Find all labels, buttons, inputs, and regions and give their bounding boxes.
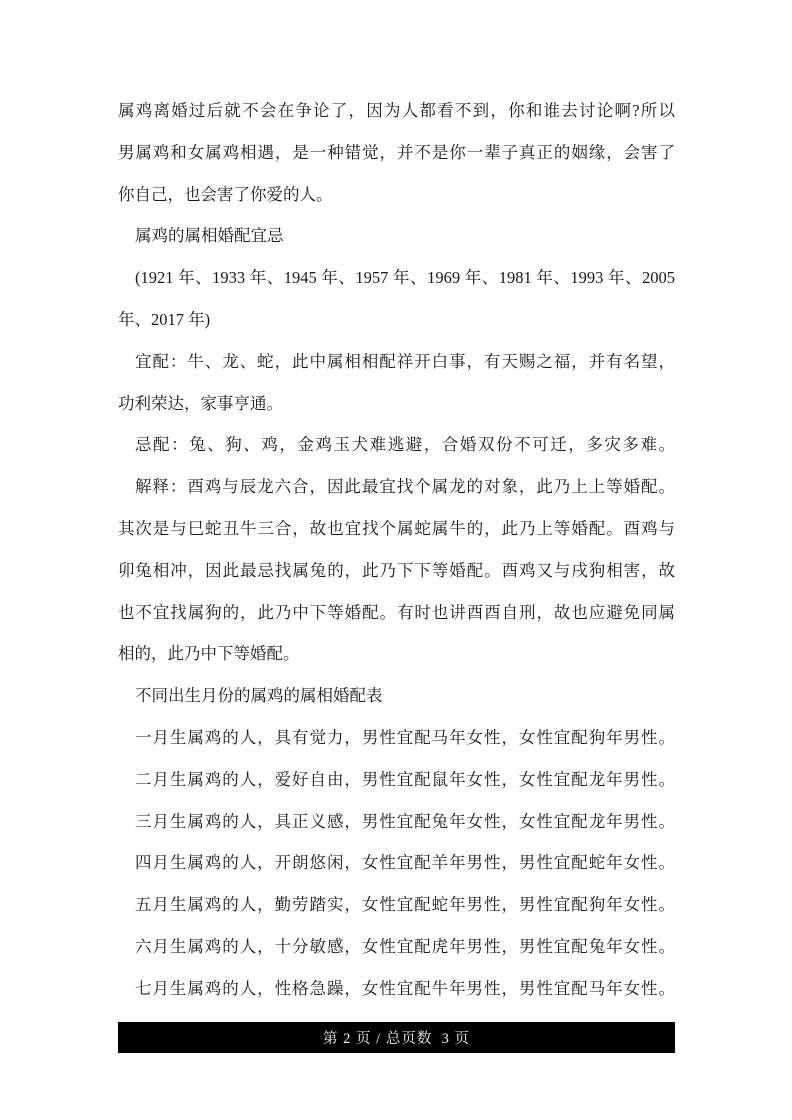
paragraph-line: 一月生属鸡的人，具有觉力，男性宜配马年女性，女性宜配狗年男性。: [118, 717, 675, 759]
paragraph-line: 宜配：牛、龙、蛇，此中属相相配祥开白事，有天赐之福，并有名望，: [118, 341, 675, 383]
paragraph-line: 相的，此乃中下等婚配。: [118, 633, 675, 675]
section-heading-line: 属鸡的属相婚配宜忌: [118, 215, 675, 257]
paragraph-line: 忌配：兔、狗、鸡，金鸡玉犬难逃避，合婚双份不可迁，多灾多难。: [118, 424, 675, 466]
document-page: 属鸡离婚过后就不会在争论了，因为人都看不到，你和谁去讨论啊?所以 男属鸡和女属鸡…: [0, 0, 792, 1120]
paragraph-line: 卯兔相冲，因此最忌找属兔的，此乃下下等婚配。酉鸡又与戌狗相害，故: [118, 550, 675, 592]
paragraph-line: 六月生属鸡的人，十分敏感，女性宜配虎年男性，男性宜配兔年女性。: [118, 926, 675, 968]
paragraph-line: (1921 年、1933 年、1945 年、1957 年、1969 年、1981…: [118, 257, 675, 299]
page-footer-bar: 第 2 页 / 总页数 3 页: [118, 1022, 675, 1053]
page-number-label: 第 2 页 / 总页数 3 页: [323, 1027, 470, 1048]
paragraph-line: 其次是与巳蛇丑牛三合，故也宜找个属蛇属牛的，此乃上等婚配。酉鸡与: [118, 508, 675, 550]
document-body: 属鸡离婚过后就不会在争论了，因为人都看不到，你和谁去讨论啊?所以 男属鸡和女属鸡…: [118, 90, 675, 1010]
paragraph-line: 二月生属鸡的人，爱好自由，男性宜配鼠年女性，女性宜配龙年男性。: [118, 759, 675, 801]
paragraph-line: 属鸡离婚过后就不会在争论了，因为人都看不到，你和谁去讨论啊?所以: [118, 90, 675, 132]
paragraph-line: 也不宜找属狗的，此乃中下等婚配。有时也讲酉酉自刑，故也应避免同属: [118, 592, 675, 634]
paragraph-line: 四月生属鸡的人，开朗悠闲，女性宜配羊年男性，男性宜配蛇年女性。: [118, 842, 675, 884]
paragraph-line: 年、2017 年): [118, 299, 675, 341]
paragraph-line: 七月生属鸡的人，性格急躁，女性宜配牛年男性，男性宜配马年女性。: [118, 968, 675, 1010]
paragraph-line: 你自己，也会害了你爱的人。: [118, 174, 675, 216]
paragraph-line: 五月生属鸡的人，勤劳踏实，女性宜配蛇年男性，男性宜配狗年女性。: [118, 884, 675, 926]
paragraph-line: 功利荣达，家事亨通。: [118, 383, 675, 425]
paragraph-line: 解释：酉鸡与辰龙六合，因此最宜找个属龙的对象，此乃上上等婚配。: [118, 466, 675, 508]
paragraph-line: 三月生属鸡的人，具正义感，男性宜配兔年女性，女性宜配龙年男性。: [118, 801, 675, 843]
section-heading-line: 不同出生月份的属鸡的属相婚配表: [118, 675, 675, 717]
paragraph-line: 男属鸡和女属鸡相遇，是一种错觉，并不是你一辈子真正的姻缘，会害了: [118, 132, 675, 174]
